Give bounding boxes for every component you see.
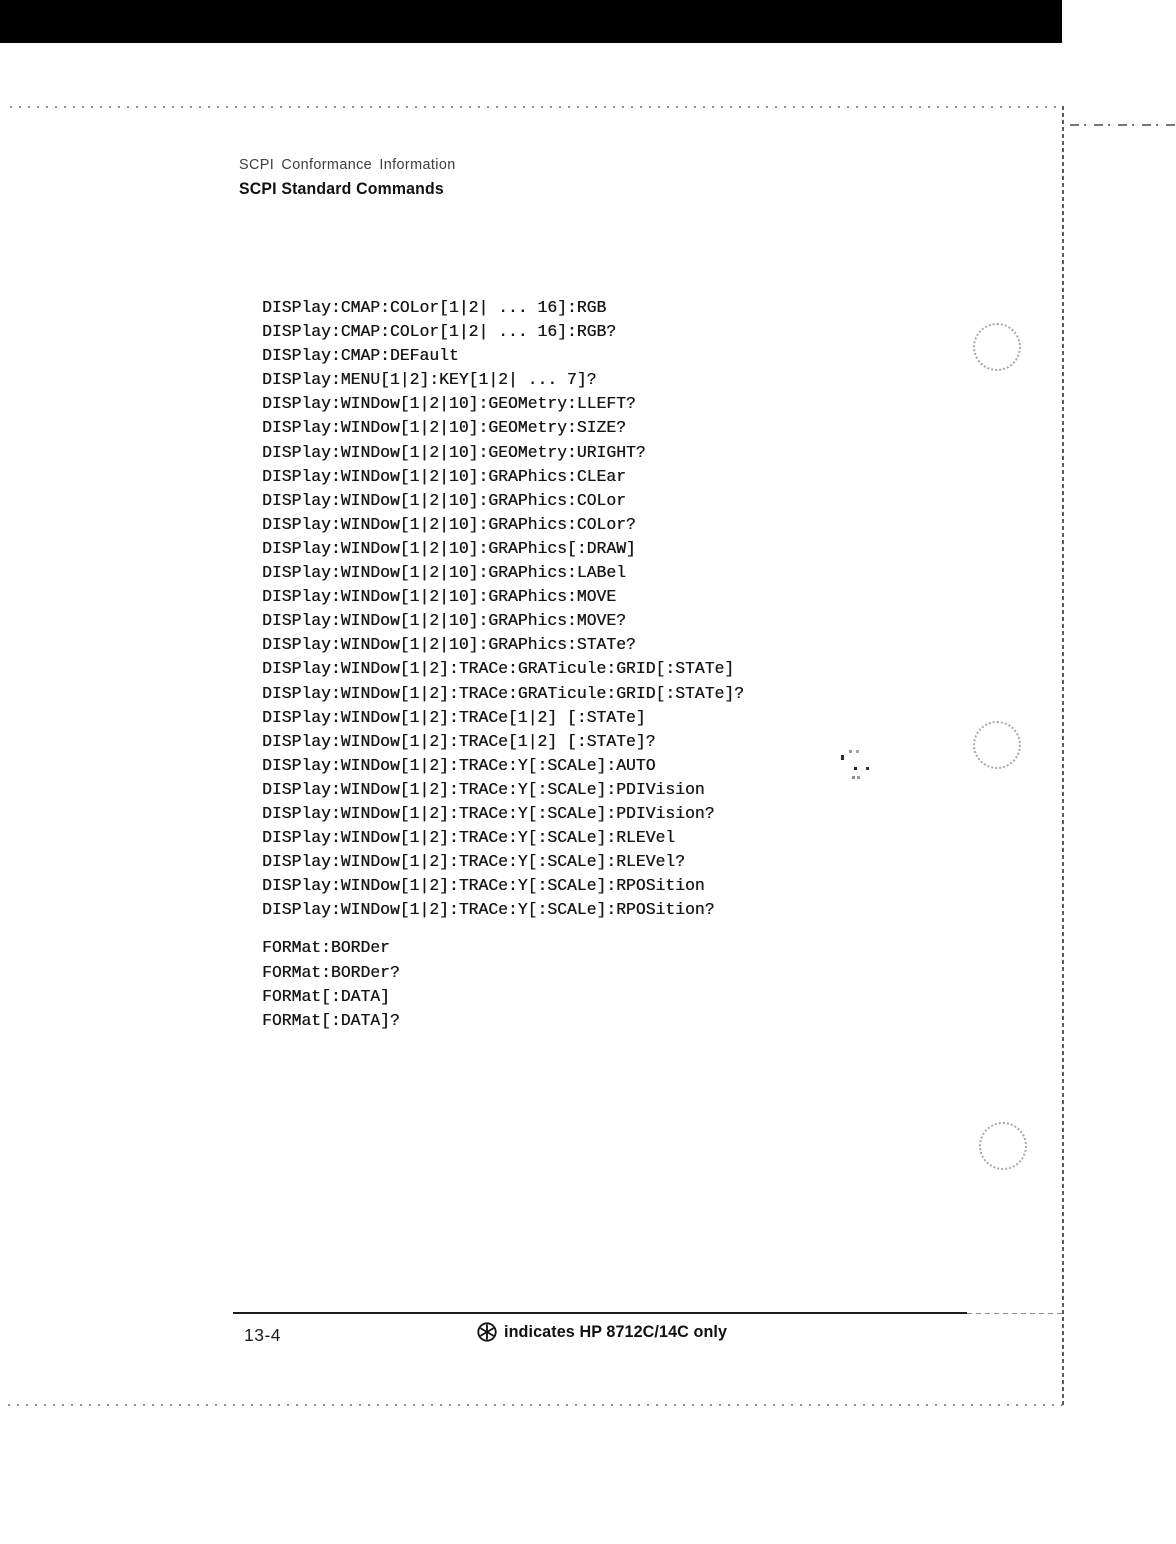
punch-hole — [973, 721, 1021, 769]
punch-hole — [973, 323, 1021, 371]
command-line: DISPlay:WINDow[1|2]:TRACe:Y[:SCALe]:RPOS… — [262, 898, 744, 922]
command-listing: DISPlay:CMAP:COLor[1|2| ... 16]:RGB DISP… — [262, 296, 744, 1033]
command-line: DISPlay:CMAP:COLor[1|2| ... 16]:RGB? — [262, 320, 744, 344]
breadcrumb: SCPI Conformance Information — [239, 156, 456, 173]
command-line: DISPlay:CMAP:DEFault — [262, 344, 744, 368]
scan-speck — [856, 750, 859, 753]
command-line: FORMat[:DATA]? — [262, 1009, 744, 1033]
footer-rule — [233, 1312, 967, 1314]
circled-asterisk-icon — [476, 1321, 498, 1343]
margin-dash-mark — [1070, 124, 1176, 126]
scan-speck — [841, 755, 844, 760]
page-header: SCPI Conformance Information SCPI Standa… — [239, 156, 465, 199]
command-line: DISPlay:WINDow[1|2]:TRACe[1|2] [:STATe] — [262, 706, 744, 730]
command-line: DISPlay:WINDow[1|2|10]:GRAPhics:CLEar — [262, 465, 744, 489]
command-line: DISPlay:WINDow[1|2]:TRACe:Y[:SCALe]:PDIV… — [262, 778, 744, 802]
command-group-gap — [262, 922, 744, 936]
punch-hole — [979, 1122, 1027, 1170]
command-line: DISPlay:WINDow[1|2]:TRACe:Y[:SCALe]:RLEV… — [262, 850, 744, 874]
footer-note-text: indicates HP 8712C/14C only — [504, 1322, 727, 1342]
command-line: DISPlay:WINDow[1|2]:TRACe:GRATicule:GRID… — [262, 682, 744, 706]
section-title: SCPI Standard Commands — [239, 180, 456, 199]
command-line: DISPlay:WINDow[1|2|10]:GRAPhics:COLor? — [262, 513, 744, 537]
scan-speck — [849, 750, 852, 753]
scan-speck — [866, 767, 869, 770]
command-line: DISPlay:WINDow[1|2|10]:GRAPhics[:DRAW] — [262, 537, 744, 561]
page-edge-dotted-line-top — [10, 106, 1062, 108]
command-line: DISPlay:WINDow[1|2]:TRACe[1|2] [:STATe]? — [262, 730, 744, 754]
page-edge-dashed-line-right — [1062, 106, 1064, 1408]
footer-rule-extension — [967, 1313, 1063, 1314]
command-line: DISPlay:WINDow[1|2]:TRACe:Y[:SCALe]:RLEV… — [262, 826, 744, 850]
command-line: DISPlay:WINDow[1|2|10]:GRAPhics:COLor — [262, 489, 744, 513]
scanner-edge-bar — [0, 0, 1062, 43]
command-line: FORMat[:DATA] — [262, 985, 744, 1009]
scanned-manual-page: SCPI Conformance Information SCPI Standa… — [0, 0, 1176, 1544]
scan-speck — [852, 776, 855, 779]
command-line: DISPlay:WINDow[1|2]:TRACe:GRATicule:GRID… — [262, 657, 744, 681]
command-line: DISPlay:WINDow[1|2|10]:GEOMetry:SIZE? — [262, 416, 744, 440]
command-line: DISPlay:MENU[1|2]:KEY[1|2| ... 7]? — [262, 368, 744, 392]
command-line: DISPlay:WINDow[1|2]:TRACe:Y[:SCALe]:RPOS… — [262, 874, 744, 898]
command-line: DISPlay:WINDow[1|2|10]:GRAPhics:MOVE — [262, 585, 744, 609]
command-line: DISPlay:WINDow[1|2|10]:GEOMetry:LLEFT? — [262, 392, 744, 416]
scan-speck — [854, 767, 857, 770]
command-line: DISPlay:WINDow[1|2|10]:GRAPhics:STATe? — [262, 633, 744, 657]
command-line: DISPlay:WINDow[1|2|10]:GEOMetry:URIGHT? — [262, 441, 744, 465]
command-line: DISPlay:WINDow[1|2|10]:GRAPhics:MOVE? — [262, 609, 744, 633]
command-line: DISPlay:WINDow[1|2|10]:GRAPhics:LABel — [262, 561, 744, 585]
command-line: FORMat:BORDer? — [262, 961, 744, 985]
command-line: DISPlay:WINDow[1|2]:TRACe:Y[:SCALe]:PDIV… — [262, 802, 744, 826]
page-edge-dotted-line-bottom — [8, 1404, 1064, 1406]
page-number: 13-4 — [244, 1325, 281, 1346]
scan-speck — [857, 776, 860, 779]
command-line: DISPlay:WINDow[1|2]:TRACe:Y[:SCALe]:AUTO — [262, 754, 744, 778]
command-line: FORMat:BORDer — [262, 936, 744, 960]
footer-note: indicates HP 8712C/14C only — [476, 1321, 739, 1343]
command-line: DISPlay:CMAP:COLor[1|2| ... 16]:RGB — [262, 296, 744, 320]
